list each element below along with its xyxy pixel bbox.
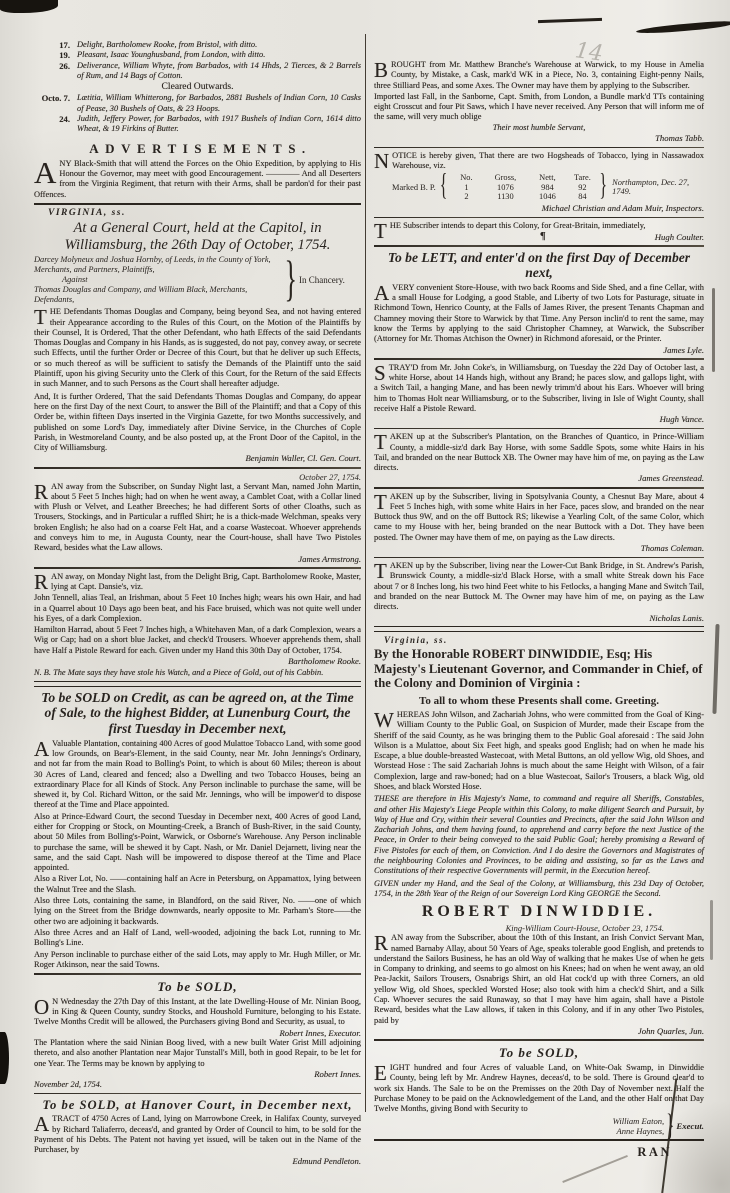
tobacco-notice-text: NOTICE is hereby given, That there are t…	[374, 151, 704, 172]
ink-streak-top-right	[636, 20, 730, 35]
drop-cap: A	[34, 739, 52, 758]
sale-ad-heading: To be SOLD, at Hanover Court, in Decembe…	[34, 1098, 361, 1112]
sale-ad-boog: To be SOLD, ON Wednesday the 27th Day of…	[34, 979, 361, 1090]
ship-entry-text: Pleasant, Isaac Younghusband, from Londo…	[77, 50, 361, 60]
advertiser-signature: James Lyle.	[374, 345, 704, 356]
runaway-ad-text: RAN away, on Monday Night last, from the…	[34, 572, 361, 593]
runaway-ad-intro: AN away, on Monday Night last, from the …	[51, 572, 361, 591]
sale-ad-text: ATRACT of 4750 Acres of Land, lying on M…	[34, 1114, 361, 1155]
table-brace-close: }	[597, 163, 609, 212]
advertiser-signature: John Quarles, Jun.	[374, 1026, 704, 1037]
ship-entry-number: 17.	[34, 40, 77, 50]
court-order-text: HE Defendants Thomas Douglas and Company…	[34, 307, 361, 388]
executors-signature-block: William Eaton, Anne Haynes, } Execut.	[374, 1116, 704, 1136]
virginia-ss-line: Virginia, ss.	[384, 635, 704, 645]
departure-notice: THE Subscriber intends to depart this Co…	[374, 221, 704, 242]
taken-up-ad-2: TAKEN up by the Subscriber, living in Sp…	[374, 492, 704, 554]
executor-signature: Robert Innes, Executor.	[34, 1028, 361, 1039]
table-cell: 2	[449, 192, 483, 202]
nota-bene: N. B. The Mate says they have stole his …	[34, 668, 361, 678]
section-rule	[374, 147, 704, 149]
proclamation-heading: By the Honorable ROBERT DINWIDDIE, Esq; …	[374, 647, 704, 691]
section-rule	[374, 217, 704, 219]
section-rule	[34, 681, 361, 687]
sale-ad-haynes: To be SOLD, EIGHT hundred and four Acres…	[374, 1045, 704, 1135]
lett-ad-heading: To be LETT, and enter'd on the first Day…	[374, 250, 704, 281]
right-column: BROUGHT from Mr. Matthew Branche's Wareh…	[374, 40, 704, 1160]
section-rule	[34, 467, 361, 469]
marked-label: Marked B. P.	[392, 183, 438, 192]
advertisements-heading: ADVERTISEMENTS.	[34, 141, 361, 157]
caption-brace: }	[283, 256, 299, 305]
proclamation-body: HEREAS John Wilson, and Zachariah Johns,…	[374, 710, 704, 791]
section-rule	[374, 626, 704, 632]
ship-entry: Octo. 7. Lætitia, William Whitterong, fo…	[34, 93, 361, 114]
court-order-paragraph: And, It is further Ordered, That the sai…	[34, 392, 361, 454]
sale-ad-paragraph: Also a River Lot, No. ——containing half …	[34, 874, 361, 895]
lett-ad-body: VERY convenient Store-House, with two ba…	[374, 283, 704, 343]
ad-dateline: King-William Court-House, October 23, 17…	[374, 923, 704, 933]
table-place-date: Northampton, Dec. 27, 1749.	[609, 178, 704, 196]
ship-entry-text: Lætitia, William Whitterong, for Barbado…	[77, 93, 361, 114]
sale-ad-hanover: To be SOLD, at Hanover Court, in Decembe…	[34, 1098, 361, 1166]
runaway-description: John Tennell, alias Teal, an Irishman, a…	[34, 593, 361, 624]
drop-cap: T	[374, 432, 390, 451]
strayed-ad-text: STRAY'D from Mr. John Coke's, in William…	[374, 363, 704, 414]
governor-signature: ROBERT DINWIDDIE.	[374, 903, 704, 921]
case-parties: Darcey Molyneux and Joshua Hornby, of Le…	[34, 255, 283, 305]
departure-body: HE Subscriber intends to depart this Col…	[390, 221, 646, 230]
sale-ad-body: N Wednesday the 27th Day of this Instant…	[34, 997, 361, 1027]
governor-proclamation: Virginia, ss. By the Honorable ROBERT DI…	[374, 635, 704, 921]
page-edge-mark	[710, 900, 713, 960]
defendants-line: Thomas Douglas and Company, and William …	[34, 285, 283, 305]
ink-tick-top	[538, 18, 602, 23]
advertiser-signature: Nicholas Lanis.	[374, 613, 704, 624]
in-chancery-label: In Chancery.	[299, 275, 361, 285]
page-edge-mark	[712, 624, 719, 714]
executor-role: Execut.	[676, 1121, 704, 1131]
sale-ad-text: AValuable Plantation, containing 400 Acr…	[34, 739, 361, 811]
court-order-paragraph: THE Defendants Thomas Douglas and Compan…	[34, 307, 361, 389]
section-rule	[374, 358, 704, 360]
section-rule	[34, 1093, 361, 1095]
blacksmith-notice-text: NY Black-Smith that will attend the Forc…	[34, 159, 361, 199]
executor-name: Anne Haynes,	[613, 1126, 665, 1136]
drop-cap: T	[374, 492, 390, 511]
taken-up-text: TAKEN up by the Subscriber, living near …	[374, 561, 704, 612]
table-brace-open: {	[438, 163, 450, 212]
general-court-heading: At a General Court, held at the Capitol,…	[34, 220, 361, 253]
page-edge-mark	[712, 288, 715, 372]
sale-ad-heading: To be SOLD on Credit, as can be agreed o…	[34, 690, 361, 737]
col-header: Nett,	[527, 173, 567, 183]
ship-entry-number: 19.	[34, 50, 77, 60]
drop-cap: W	[374, 710, 397, 729]
tobacco-notice: NOTICE is hereby given, That there are t…	[374, 151, 704, 213]
to-be-lett-ad: To be LETT, and enter'd on the first Day…	[374, 250, 704, 355]
ship-entry: 24. Judith, Jeffery Power, for Barbados,…	[34, 114, 361, 135]
ad-dateline: October 27, 1754.	[34, 472, 361, 482]
strayed-horse-ad: STRAY'D from Mr. John Coke's, in William…	[374, 363, 704, 425]
general-court-order: VIRGINIA, ss. At a General Court, held a…	[34, 208, 361, 464]
executor-name: William Eaton,	[613, 1116, 665, 1126]
brought-notice: BROUGHT from Mr. Matthew Branche's Wareh…	[374, 60, 704, 144]
drop-cap: A	[34, 1114, 52, 1133]
advertiser-signature: Bartholomew Rooke.	[34, 656, 361, 667]
ship-entry-text: Delight, Bartholomew Rooke, from Bristol…	[77, 40, 361, 50]
drop-cap: N	[374, 151, 392, 170]
runaway-ad-allay: King-William Court-House, October 23, 17…	[374, 923, 704, 1036]
col-header: Gross,	[483, 173, 527, 183]
taken-up-text: TAKEN up at the Subscriber's Plantation,…	[374, 432, 704, 473]
runaway-ad-body: AN away from the Subscriber, on Sunday N…	[34, 482, 361, 553]
sale-ad-text: ON Wednesday the 27th Day of this Instan…	[34, 997, 361, 1028]
ink-blot-left-edge	[0, 1032, 9, 1084]
runaway-description: Hamilton Harrad, about 5 Feet 7 Inches h…	[34, 625, 361, 656]
taken-up-ad-3: TAKEN up by the Subscriber, living near …	[374, 561, 704, 623]
ink-blot-top-left	[0, 0, 58, 13]
section-rule	[34, 973, 361, 975]
drop-cap: B	[374, 60, 391, 79]
ship-entry-number: 24.	[34, 114, 77, 135]
sale-ad-heading: To be SOLD,	[34, 979, 361, 995]
ship-entry: 17. Delight, Bartholomew Rooke, from Bri…	[34, 40, 361, 50]
taken-up-body: AKEN up at the Subscriber's Plantation, …	[374, 432, 704, 472]
section-rule	[34, 567, 361, 569]
proclamation-paragraph: THESE are therefore in His Majesty's Nam…	[374, 794, 704, 876]
drop-cap: T	[374, 561, 390, 580]
table-cell: 92	[567, 183, 597, 193]
table-cell: 1046	[527, 192, 567, 202]
advertiser-signature: Hugh Vance.	[374, 414, 704, 425]
sale-ad-heading: To be SOLD,	[374, 1045, 704, 1061]
clerk-signature: Benjamin Waller, Cl. Gen. Court.	[34, 453, 361, 464]
virginia-ss-line: VIRGINIA, ss.	[48, 208, 361, 218]
newspaper-page: 14 17. Delight, Bartholomew Rooke, from …	[0, 0, 730, 1193]
section-rule	[374, 1139, 704, 1141]
ship-entries-list: 17. Delight, Bartholomew Rooke, from Bri…	[34, 40, 361, 135]
table-cell: 1	[449, 183, 483, 193]
table-cell: 1130	[483, 192, 527, 202]
taken-up-body: AKEN up by the Subscriber, living in Spo…	[374, 492, 704, 542]
drop-cap: T	[374, 221, 390, 240]
advertiser-signature: James Greenstead.	[374, 473, 704, 484]
section-rule	[374, 245, 704, 247]
col-header: No.	[449, 173, 483, 183]
drop-cap: A	[374, 283, 392, 302]
ship-entry-text: Judith, Jeffery Power, for Barbados, wit…	[77, 114, 361, 135]
proclamation-given-clause: GIVEN under my Hand, and the Seal of the…	[374, 879, 704, 900]
brought-paragraph: Imported last Fall, in the Sanborne, Cap…	[374, 92, 704, 123]
lett-ad-text: AVERY convenient Store-House, with two b…	[374, 283, 704, 345]
plaintiffs-line: Darcey Molyneux and Joshua Hornby, of Le…	[34, 255, 283, 275]
left-column: 17. Delight, Bartholomew Rooke, from Bri…	[34, 40, 361, 1166]
sale-ad-body: IGHT hundred and four Acres of valuable …	[374, 1063, 704, 1113]
sale-ad-paragraph: Also at Prince-Edward Court, the second …	[34, 812, 361, 874]
departure-notice-text: THE Subscriber intends to depart this Co…	[374, 221, 704, 231]
drop-cap: R	[34, 482, 51, 501]
ship-entry: 19. Pleasant, Isaac Younghusband, from L…	[34, 50, 361, 60]
runaway-ad-body: AN away from the Subscriber, about the 1…	[374, 933, 704, 1024]
catchword: RAN	[374, 1145, 704, 1160]
signature-brace: }	[664, 1108, 676, 1144]
tobacco-table: Marked B. P. { No. Gross, Nett, Tare. 1 …	[392, 173, 704, 202]
tobacco-table-grid: No. Gross, Nett, Tare. 1 1076 984 92 2 1…	[449, 173, 597, 202]
advertiser-signature: Edmund Pendleton.	[34, 1156, 361, 1167]
blacksmith-notice: ANY Black-Smith that will attend the For…	[34, 159, 361, 200]
sale-ad-text: EIGHT hundred and four Acres of valuable…	[374, 1063, 704, 1114]
cleared-outwards-heading: Cleared Outwards.	[34, 82, 361, 92]
ship-entry: 26. Deliverance, William Whyte, from Bar…	[34, 61, 361, 82]
section-rule	[374, 428, 704, 430]
brought-body: ROUGHT from Mr. Matthew Branche's Wareho…	[374, 60, 704, 90]
ship-entry-text: Deliverance, William Whyte, from Barbado…	[77, 61, 361, 82]
proclamation-salutation: To all to whom these Presents shall come…	[374, 695, 704, 707]
advertiser-signature: Thomas Tabb.	[374, 133, 704, 144]
sale-ad-paragraph: Also three Lots, containing the same, in…	[34, 896, 361, 927]
drop-cap: S	[374, 363, 389, 382]
sale-ad-body: TRACT of 4750 Acres of Land, lying on Ma…	[34, 1114, 361, 1154]
drop-cap: E	[374, 1063, 390, 1082]
strayed-ad-body: TRAY'D from Mr. John Coke's, in Williams…	[374, 363, 704, 413]
table-cell: 84	[567, 192, 597, 202]
drop-cap: O	[34, 997, 52, 1016]
runaway-ad-text: RAN away from the Subscriber, on Sunday …	[34, 482, 361, 554]
inspectors-signature: Michael Christian and Adam Muir, Inspect…	[374, 203, 704, 214]
runaway-ad-text: RAN away from the Subscriber, about the …	[374, 933, 704, 1026]
executor-signature: Robert Innes.	[34, 1069, 361, 1080]
closing-line: Their most humble Servant,	[374, 123, 704, 133]
col-header: Tare.	[567, 173, 597, 183]
taken-up-body: AKEN up by the Subscriber, living near t…	[374, 561, 704, 611]
column-divider	[365, 34, 366, 1112]
section-rule	[374, 1039, 704, 1041]
advertiser-signature: James Armstrong.	[34, 554, 361, 565]
runaway-ad-brig: RAN away, on Monday Night last, from the…	[34, 572, 361, 678]
section-rule	[374, 487, 704, 489]
table-cell: 1076	[483, 183, 527, 193]
section-rule	[374, 557, 704, 559]
drop-cap: A	[34, 159, 59, 186]
case-caption: Darcey Molyneux and Joshua Hornby, of Le…	[34, 255, 361, 305]
sale-ad-paragraph: Any Person inclinable to purchase either…	[34, 950, 361, 971]
advertiser-signature: Hugh Coulter.	[546, 232, 704, 243]
taken-up-ad-1: TAKEN up at the Subscriber's Plantation,…	[374, 432, 704, 484]
sale-ad-paragraph: Also three Acres and an Half of Land, we…	[34, 928, 361, 949]
table-cell: 984	[527, 183, 567, 193]
against-line: Against	[62, 275, 283, 285]
proclamation-paragraph: WHEREAS John Wilson, and Zachariah Johns…	[374, 710, 704, 792]
sale-ad-body: Valuable Plantation, containing 400 Acre…	[34, 739, 361, 810]
section-rule	[34, 203, 361, 205]
sale-ad-paragraph: The Plantation where the said Ninian Boo…	[34, 1038, 361, 1069]
drop-cap: T	[34, 307, 50, 326]
brought-notice-text: BROUGHT from Mr. Matthew Branche's Wareh…	[374, 60, 704, 91]
ship-entry-number: 26.	[34, 61, 77, 82]
sale-ad-lunenburg: To be SOLD on Credit, as can be agreed o…	[34, 690, 361, 970]
ship-entry-number: Octo. 7.	[34, 93, 77, 114]
executor-names: William Eaton, Anne Haynes,	[613, 1116, 665, 1136]
drop-cap: R	[374, 933, 391, 952]
taken-up-text: TAKEN up by the Subscriber, living in Sp…	[374, 492, 704, 543]
ad-date: November 2d, 1754.	[34, 1080, 361, 1090]
runaway-ad-martin: October 27, 1754. RAN away from the Subs…	[34, 472, 361, 565]
advertiser-signature: Thomas Coleman.	[374, 543, 704, 554]
drop-cap: R	[34, 572, 51, 591]
